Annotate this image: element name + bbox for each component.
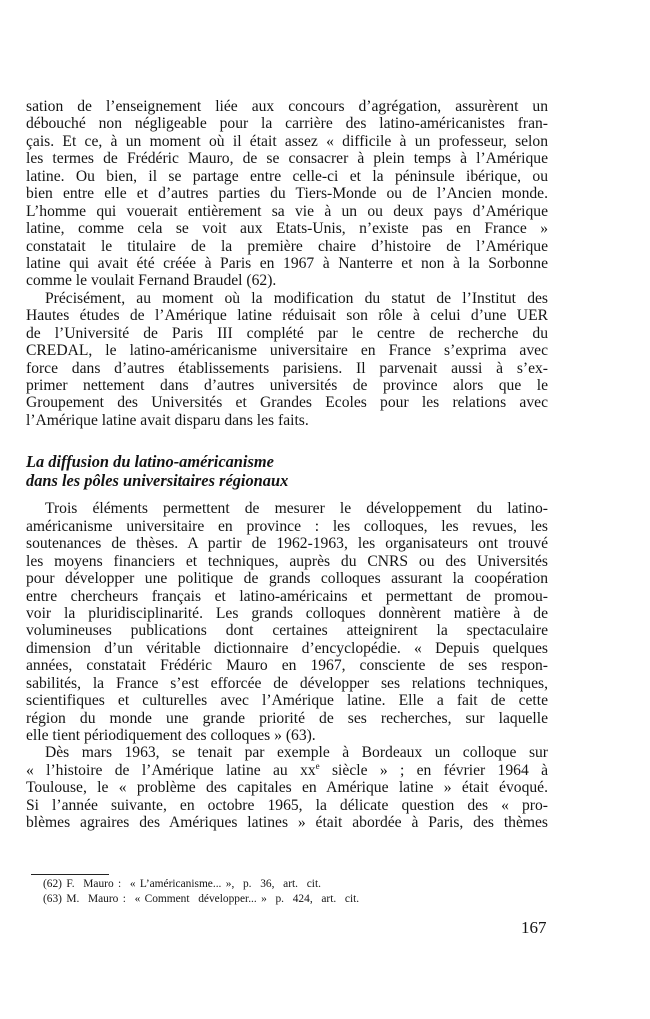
text-line: l’Amérique latine avait disparu dans les… bbox=[26, 412, 548, 429]
paragraph-4: Dès mars 1963, se tenait par exemple à B… bbox=[26, 744, 548, 831]
text-line: latine qui avait été créée à Paris en 19… bbox=[26, 255, 548, 272]
text-line: débouché non négligeable pour la carrièr… bbox=[26, 115, 548, 132]
paragraph-1: sation de l’enseignement liée aux concou… bbox=[26, 98, 548, 290]
text-line: latine, comme cela se voit aux Etats-Uni… bbox=[26, 220, 548, 237]
text-line: dimension d’un véritable dictionnaire d’… bbox=[26, 640, 548, 657]
text-line: latine. Ou bien, il se partage entre cel… bbox=[26, 168, 548, 185]
text-line: Toulouse, le « problème des capitales en… bbox=[26, 779, 548, 796]
footnotes: (62) F. Mauro : « L’américanisme... », p… bbox=[43, 877, 359, 906]
text-line: pour développer une politique de grands … bbox=[26, 570, 548, 587]
text-line: force dans d’autres établissements paris… bbox=[26, 360, 548, 377]
text-line: Si l’année suivante, en octobre 1965, la… bbox=[26, 797, 548, 814]
century-numeral: xx bbox=[300, 762, 316, 779]
text-line: Dès mars 1963, se tenait par exemple à B… bbox=[26, 744, 548, 761]
text-fragment: « l’histoire de l’Amérique latine au bbox=[26, 762, 300, 779]
section-heading: La diffusion du latino-américanisme dans… bbox=[26, 452, 548, 490]
heading-line: dans les pôles universitaires régionaux bbox=[26, 471, 548, 490]
text-line: américanisme universitaire en province :… bbox=[26, 518, 548, 535]
paragraph-3: Trois éléments permettent de mesurer le … bbox=[26, 500, 548, 744]
heading-line: La diffusion du latino-américanisme bbox=[26, 452, 548, 471]
text-line: Hautes études de l’Amérique latine rédui… bbox=[26, 307, 548, 324]
text-line: çais. Et ce, à un moment où il était ass… bbox=[26, 133, 548, 150]
text-line: elle tient périodiquement des colloques … bbox=[26, 727, 548, 744]
text-line: CREDAL, le latino-américanisme universit… bbox=[26, 342, 548, 359]
text-line: constatait le titulaire de la première c… bbox=[26, 238, 548, 255]
text-line: Précisément, au moment où la modificatio… bbox=[26, 290, 548, 307]
paragraph-2: Précisément, au moment où la modificatio… bbox=[26, 290, 548, 430]
page-number: 167 bbox=[521, 918, 547, 938]
text-line: les termes de Frédéric Mauro, de se cons… bbox=[26, 150, 548, 167]
text-line: voir la pluridisciplinarité. Les grands … bbox=[26, 605, 548, 622]
text-line: « l’histoire de l’Amérique latine au xxe… bbox=[26, 762, 548, 779]
footnote-63: (63) M. Mauro : « Comment développer... … bbox=[43, 892, 359, 907]
text-line: sation de l’enseignement liée aux concou… bbox=[26, 98, 548, 115]
text-line: scientifiques et culturelles avec l’Amér… bbox=[26, 692, 548, 709]
text-line: primer nettement dans d’autres universit… bbox=[26, 377, 548, 394]
footnote-62: (62) F. Mauro : « L’américanisme... », p… bbox=[43, 877, 359, 892]
text-line: Trois éléments permettent de mesurer le … bbox=[26, 500, 548, 517]
text-line: comme le voulait Fernand Braudel (62). bbox=[26, 272, 548, 289]
text-line: bien entre elle et d’autres parties du T… bbox=[26, 185, 548, 202]
text-line: Groupement des Universités et Grandes Ec… bbox=[26, 394, 548, 411]
text-line: blèmes agraires des Amériques latines » … bbox=[26, 814, 548, 831]
text-line: soutenances de thèses. A partir de 1962-… bbox=[26, 535, 548, 552]
text-line: volumineuses publications dont certaines… bbox=[26, 622, 548, 639]
text-line: années, constatait Frédéric Mauro en 196… bbox=[26, 657, 548, 674]
text-line: de l’Université de Paris III complété pa… bbox=[26, 325, 548, 342]
text-line: L’homme qui vouerait entièrement sa vie … bbox=[26, 203, 548, 220]
text-fragment: siècle » ; en février 1964 à bbox=[320, 762, 548, 779]
text-line: région du monde une grande priorité de s… bbox=[26, 710, 548, 727]
text-line: les moyens financiers et techniques, aup… bbox=[26, 553, 548, 570]
text-line: entre chercheurs français et latino-amér… bbox=[26, 588, 548, 605]
document-page: sation de l’enseignement liée aux concou… bbox=[26, 98, 548, 832]
footnote-divider bbox=[31, 874, 109, 875]
text-line: sabilités, la France s’est efforcée de d… bbox=[26, 675, 548, 692]
